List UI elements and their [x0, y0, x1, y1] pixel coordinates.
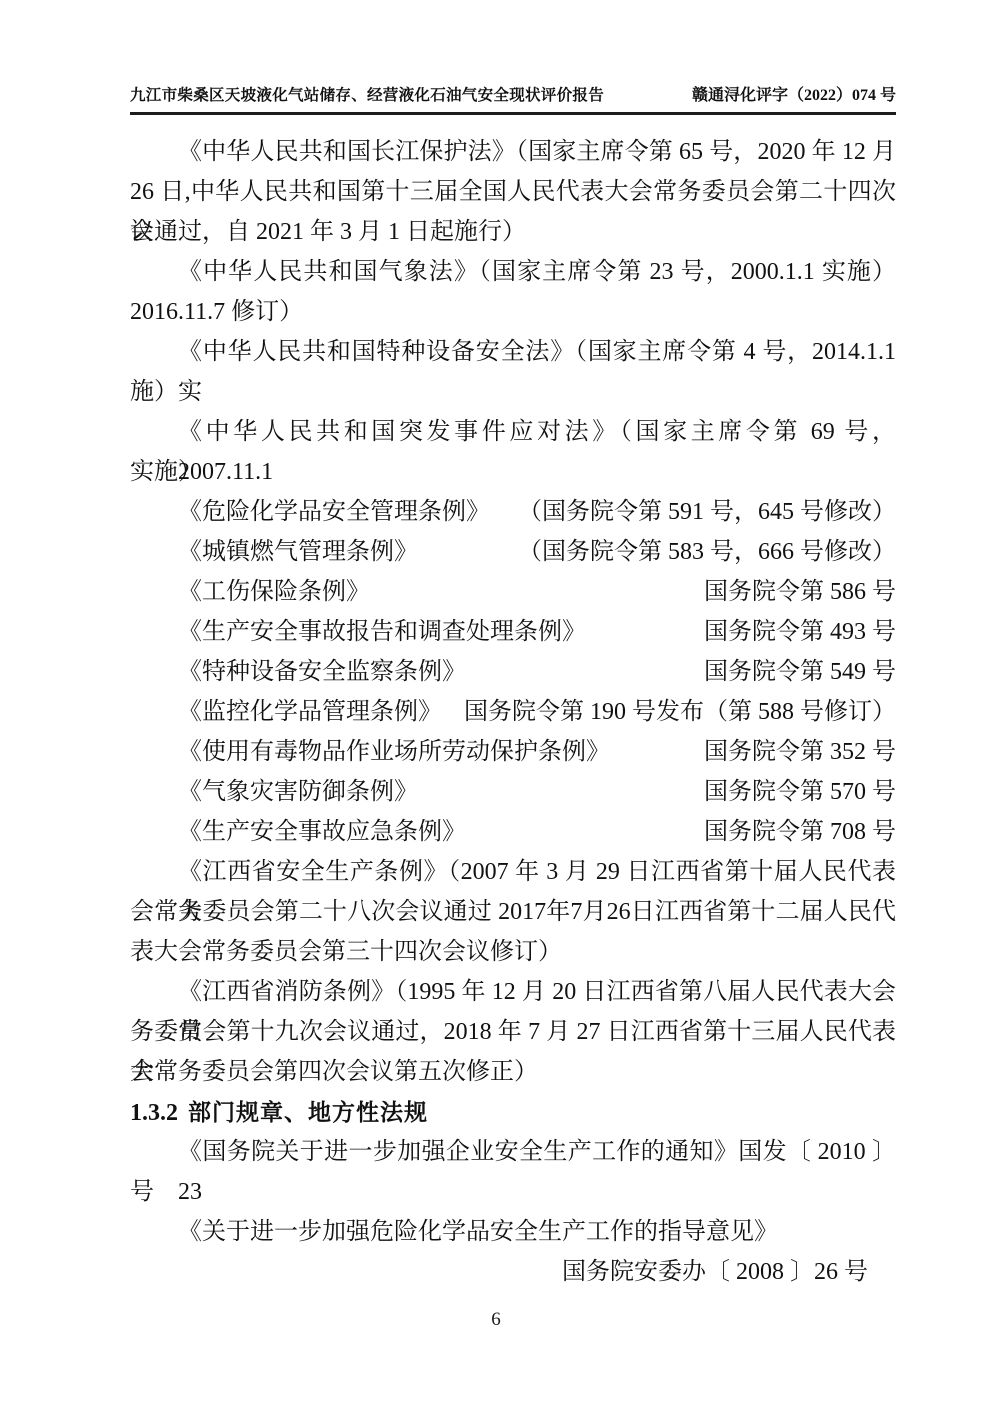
regulation-decree-number: 国务院令第 708 号: [704, 812, 896, 852]
regulation-line: 《危险化学品安全管理条例》（国务院令第 591 号，645 号修改）: [130, 492, 896, 532]
paragraph-line: 施）: [130, 372, 896, 412]
regulation-title: 《监控化学品管理条例》: [178, 692, 442, 732]
regulation-title: 《危险化学品安全管理条例》: [178, 492, 490, 532]
regulation-decree-number: 国务院令第 352 号: [704, 732, 896, 772]
regulation-title: 《工伤保险条例》: [178, 572, 370, 612]
regulation-line: 《生产安全事故应急条例》国务院令第 708 号: [130, 812, 896, 852]
regulation-line: 《使用有毒物品作业场所劳动保护条例》国务院令第 352 号: [130, 732, 896, 772]
page-number: 6: [491, 1309, 501, 1330]
regulation-decree-number: 国务院令第 586 号: [704, 572, 896, 612]
document-page: 九江市柴桑区天坡液化气站储存、经营液化石油气安全现状评价报告 赣通浔化评字（20…: [0, 0, 992, 1403]
paragraph-line: 《中华人民共和国长江保护法》（国家主席令第 65 号，2020 年 12 月: [130, 132, 896, 172]
header-rule: 九江市柴桑区天坡液化气站储存、经营液化石油气安全现状评价报告 赣通浔化评字（20…: [130, 82, 896, 115]
regulation-line: 《城镇燃气管理条例》（国务院令第 583 号，666 号修改）: [130, 532, 896, 572]
regulation-decree-number: （国务院令第 583 号，666 号修改）: [518, 532, 896, 572]
regulation-decree-number: （国务院令第 591 号，645 号修改）: [518, 492, 896, 532]
paragraph-line: 《中华人民共和国特种设备安全法》（国家主席令第 4 号，2014.1.1 实: [130, 332, 896, 372]
paragraph-line: 会常务委员会第四次会议第五次修正）: [130, 1052, 896, 1092]
paragraph-line: 《关于进一步加强危险化学品安全生产工作的指导意见》: [130, 1212, 896, 1252]
section-heading: 1.3.2部门规章、地方性法规: [130, 1092, 896, 1132]
section-number: 1.3.2: [130, 1100, 178, 1126]
regulation-title: 《城镇燃气管理条例》: [178, 532, 418, 572]
regulation-line: 《监控化学品管理条例》国务院令第 190 号发布（第 588 号修订）: [130, 692, 896, 732]
regulation-title: 《特种设备安全监察条例》: [178, 652, 466, 692]
paragraph-line: 《中华人民共和国气象法》（国家主席令第 23 号，2000.1.1 实施）: [130, 252, 896, 292]
paragraph-line: 表大会常务委员会第三十四次会议修订）: [130, 932, 896, 972]
paragraph-line: 务委员会第十九次会议通过，2018 年 7 月 27 日江西省第十三届人民代表大: [130, 1012, 896, 1052]
paragraph-line: 号: [130, 1172, 896, 1212]
regulation-title: 《生产安全事故报告和调查处理条例》: [178, 612, 586, 652]
regulation-decree-number: 国务院令第 493 号: [704, 612, 896, 652]
regulation-line: 《工伤保险条例》国务院令第 586 号: [130, 572, 896, 612]
regulation-decree-number: 国务院令第 570 号: [704, 772, 896, 812]
regulation-decree-number: 国务院令第 190 号发布（第 588 号修订）: [464, 692, 896, 732]
document-body: 《中华人民共和国长江保护法》（国家主席令第 65 号，2020 年 12 月26…: [0, 115, 992, 1292]
regulation-line: 《生产安全事故报告和调查处理条例》国务院令第 493 号: [130, 612, 896, 652]
regulation-decree-number: 国务院令第 549 号: [704, 652, 896, 692]
paragraph-line: 《中华人民共和国突发事件应对法》（国家主席令第 69 号，2007.11.1: [130, 412, 896, 452]
page-footer: 6: [0, 1309, 992, 1331]
regulation-title: 《生产安全事故应急条例》: [178, 812, 466, 852]
paragraph-line: 《国务院关于进一步加强企业安全生产工作的通知》国发〔 2010 〕23: [130, 1132, 896, 1172]
paragraph-line: 会常务委员会第二十八次会议通过 2017年7月26日江西省第十二届人民代: [130, 892, 896, 932]
issuer-line: 国务院安委办〔 2008 〕26 号: [130, 1252, 896, 1292]
regulation-line: 《特种设备安全监察条例》国务院令第 549 号: [130, 652, 896, 692]
regulation-line: 《气象灾害防御条例》国务院令第 570 号: [130, 772, 896, 812]
section-title: 部门规章、地方性法规: [188, 1099, 428, 1125]
paragraph-line: 《江西省消防条例》（1995 年 12 月 20 日江西省第八届人民代表大会常: [130, 972, 896, 1012]
doc-number: 赣通浔化评字（2022）074 号: [692, 82, 896, 105]
page-header: 九江市柴桑区天坡液化气站储存、经营液化石油气安全现状评价报告 赣通浔化评字（20…: [0, 0, 992, 115]
paragraph-line: 2016.11.7 修订）: [130, 292, 896, 332]
report-title: 九江市柴桑区天坡液化气站储存、经营液化石油气安全现状评价报告: [130, 83, 604, 105]
regulation-title: 《使用有毒物品作业场所劳动保护条例》: [178, 732, 610, 772]
regulation-title: 《气象灾害防御条例》: [178, 772, 418, 812]
paragraph-line: 26 日,中华人民共和国第十三届全国人民代表大会常务委员会第二十四次会: [130, 172, 896, 212]
paragraph-line: 《江西省安全生产条例》（2007 年 3 月 29 日江西省第十届人民代表大: [130, 852, 896, 892]
paragraph-line: 议通过，自 2021 年 3 月 1 日起施行）: [130, 212, 896, 252]
